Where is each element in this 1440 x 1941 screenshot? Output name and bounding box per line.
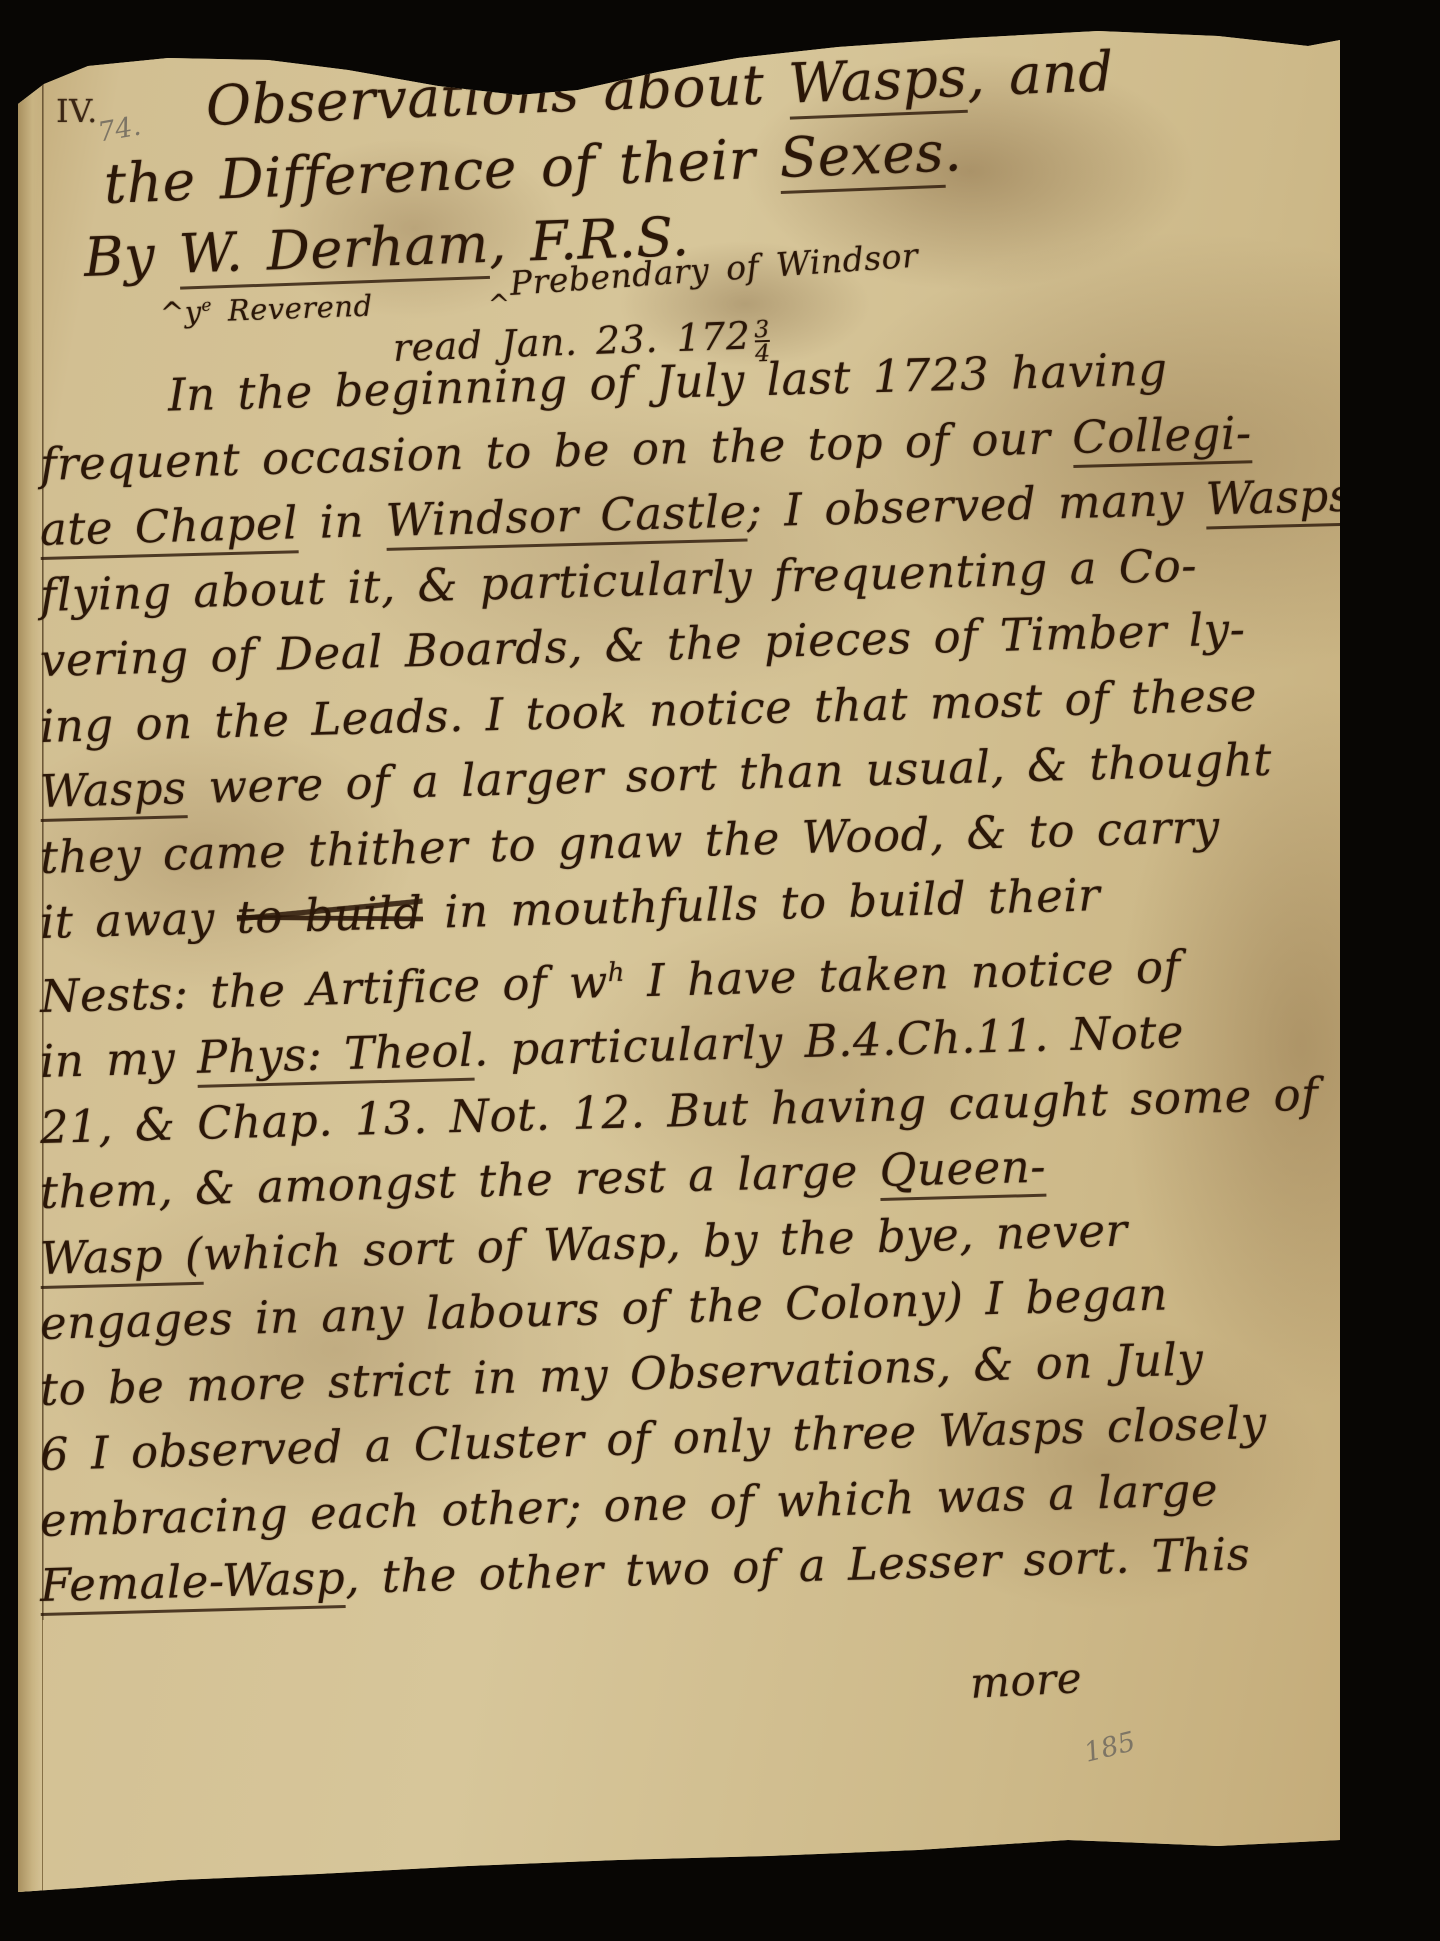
underlined-text: Collegi- <box>1072 406 1253 468</box>
title-text: the Difference of their <box>103 126 781 216</box>
author-name-underlined: W. Derham <box>178 212 490 290</box>
abbrev-y: y <box>184 295 202 330</box>
catchword: more <box>969 1653 1083 1708</box>
struck-through-text: to build <box>236 886 423 944</box>
underlined-text: Female-Wasp <box>39 1551 346 1616</box>
handwritten-text: Nests: the Artifice of w <box>39 955 608 1023</box>
handwritten-text: ; I observed many <box>746 472 1206 537</box>
underlined-text: Wasp ( <box>39 1227 203 1288</box>
inserted-reverend: ^ye Reverend <box>159 289 373 330</box>
handwritten-text: in mouthfulls to build their <box>422 868 1101 939</box>
underlined-text: ate Chapel <box>39 496 298 560</box>
title-line-1: Observations about Wasps, and <box>205 39 1115 138</box>
insertion-caret: ^ <box>488 290 510 320</box>
underlined-text: Wasps <box>39 761 187 822</box>
underlined-text: Wasps <box>1205 469 1353 530</box>
byline-text: By <box>83 223 180 289</box>
inserted-word: Reverend <box>212 289 374 329</box>
handwritten-text: in my <box>39 1031 197 1088</box>
handwritten-text: . particularly B.4.Ch.11. Note <box>473 1005 1184 1077</box>
body-lines: In the beginning of July last 1723 havin… <box>40 366 1330 1619</box>
underlined-text: Phys: Theol <box>196 1024 474 1088</box>
title-text: , and <box>966 39 1115 109</box>
title-text: . <box>943 119 963 184</box>
scan-background: { "document": { "margin": { "section_num… <box>0 0 1440 1941</box>
fraction-numerator: 3 <box>754 317 770 340</box>
title-text: Observations about <box>205 52 790 138</box>
handwritten-text: it away <box>39 891 237 949</box>
section-number: IV. <box>56 92 98 130</box>
title-sexes-underlined: Sexes <box>778 120 945 194</box>
insertion-caret: ^ <box>159 295 185 330</box>
handwritten-text: I have taken notice of <box>625 940 1182 1008</box>
pencil-folio-number: 74. <box>96 111 144 149</box>
manuscript-page: IV. 74. Observations about Wasps, and th… <box>18 0 1340 1900</box>
handwritten-text: h <box>607 957 625 987</box>
underlined-text: Windsor Castle <box>385 485 747 551</box>
underlined-text: Queen- <box>879 1140 1047 1201</box>
handwritten-text: in <box>297 494 386 549</box>
pencil-page-number: 185 <box>1081 1726 1139 1769</box>
title-wasps-underlined: Wasps <box>787 45 968 120</box>
